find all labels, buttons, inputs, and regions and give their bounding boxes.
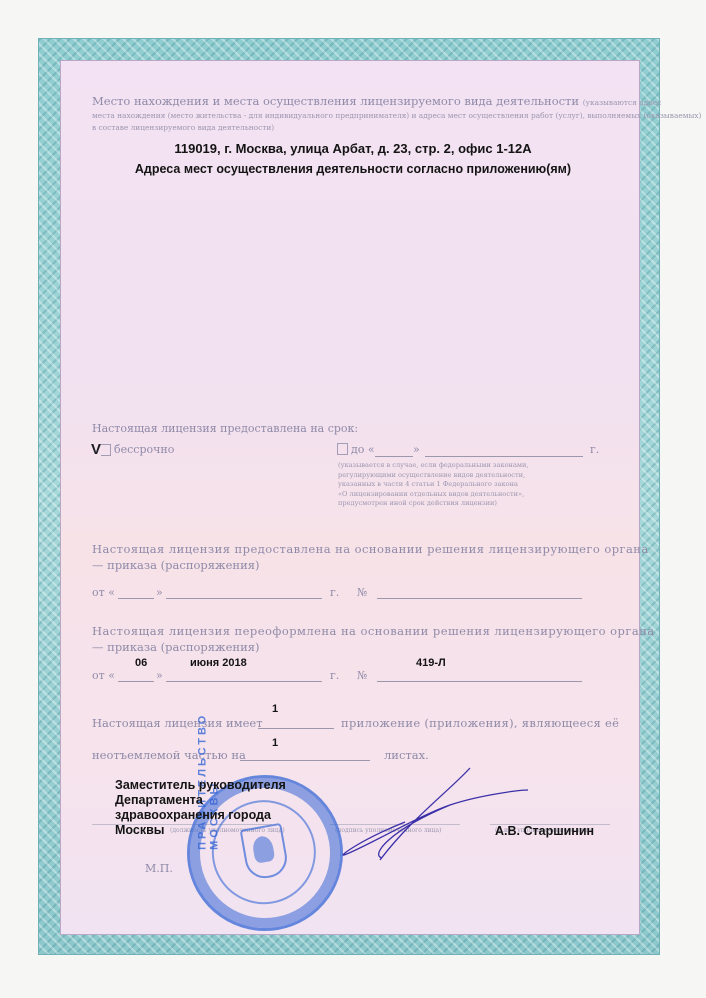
sheet-count: 1 bbox=[272, 737, 278, 749]
appendix-line1-suffix: приложение (приложения), являющееся её bbox=[341, 716, 619, 730]
term-note-line: «О лицензировании отдельных видов деятел… bbox=[338, 490, 529, 500]
until-year-suffix: г. bbox=[590, 443, 599, 456]
reissued-from-label: от « bbox=[92, 669, 115, 682]
reissued-date-line bbox=[166, 681, 322, 682]
until-day-line bbox=[375, 456, 413, 457]
term-note-line: предусмотрен иной срок действия лицензии… bbox=[338, 499, 529, 509]
location-note-inline: (указываются адрес bbox=[583, 98, 662, 107]
until-prefix: до « bbox=[351, 443, 375, 456]
signatory-position: Заместитель руководителя Департамента зд… bbox=[115, 778, 286, 838]
handwritten-signature bbox=[330, 760, 530, 870]
appendix-count: 1 bbox=[272, 703, 278, 715]
appendix-line1-prefix: Настоящая лицензия имеет bbox=[92, 716, 263, 730]
granted-quote-close: » bbox=[156, 586, 163, 599]
location-heading-text: Место нахождения и места осуществления л… bbox=[92, 94, 579, 108]
reissued-number-line bbox=[377, 681, 582, 682]
seal-label: М.П. bbox=[145, 862, 173, 875]
position-line-text: Заместитель руководителя bbox=[115, 778, 286, 793]
term-note-line: (указывается в случае, если федеральными… bbox=[338, 461, 529, 471]
reissued-number-label: № bbox=[357, 669, 367, 682]
granted-from-label: от « bbox=[92, 586, 115, 599]
reissued-year-suffix: г. bbox=[330, 669, 339, 682]
granted-number-line bbox=[377, 598, 582, 599]
granted-text-line1: Настоящая лицензия предоставлена на осно… bbox=[92, 542, 649, 556]
until-date-line bbox=[425, 456, 583, 457]
granted-text-line2: — приказа (распоряжения) bbox=[92, 558, 259, 572]
location-note-line2: места нахождения (место жительства - для… bbox=[92, 110, 701, 121]
until-quote-close: » bbox=[413, 443, 420, 456]
term-note: (указывается в случае, если федеральными… bbox=[338, 461, 529, 509]
indefinite-checkbox[interactable]: V bbox=[91, 441, 101, 458]
license-address: 119019, г. Москва, улица Арбат, д. 23, с… bbox=[0, 141, 706, 156]
reissued-text-line2: — приказа (распоряжения) bbox=[92, 640, 259, 654]
reissued-month-year: июня 2018 bbox=[190, 657, 247, 669]
granted-number-label: № bbox=[357, 586, 367, 599]
granted-year-suffix: г. bbox=[330, 586, 339, 599]
term-note-line: указанных в части 4 статьи 1 Федеральног… bbox=[338, 480, 529, 490]
granted-day-line bbox=[118, 598, 154, 599]
appendix-count-line bbox=[258, 728, 334, 729]
indefinite-checkbox-box bbox=[101, 444, 111, 456]
reissued-order-number: 419-Л bbox=[416, 657, 446, 669]
signatory-name: А.В. Старшинин bbox=[495, 824, 594, 838]
position-line-text: здравоохранения города bbox=[115, 808, 286, 823]
reissued-text-line1: Настоящая лицензия переоформлена на осно… bbox=[92, 624, 655, 638]
position-line-text: Москвы bbox=[115, 823, 286, 838]
reissued-day-line bbox=[118, 681, 154, 682]
term-label: Настоящая лицензия предоставлена на срок… bbox=[92, 422, 358, 435]
reissued-quote-close: » bbox=[156, 669, 163, 682]
term-note-line: регулирующими осуществление видов деятел… bbox=[338, 471, 529, 481]
until-checkbox[interactable] bbox=[337, 443, 348, 455]
indefinite-label: бессрочно bbox=[114, 443, 174, 456]
location-heading: Место нахождения и места осуществления л… bbox=[92, 94, 661, 108]
location-note-line3: в составе лицензируемого вида деятельнос… bbox=[92, 122, 274, 133]
position-line-text: Департамента bbox=[115, 793, 286, 808]
addresses-note: Адреса мест осуществления деятельности с… bbox=[0, 162, 706, 176]
appendix-line2-prefix: неотъемлемой частью на bbox=[92, 748, 246, 762]
granted-date-line bbox=[166, 598, 322, 599]
reissued-day: 06 bbox=[135, 657, 147, 669]
